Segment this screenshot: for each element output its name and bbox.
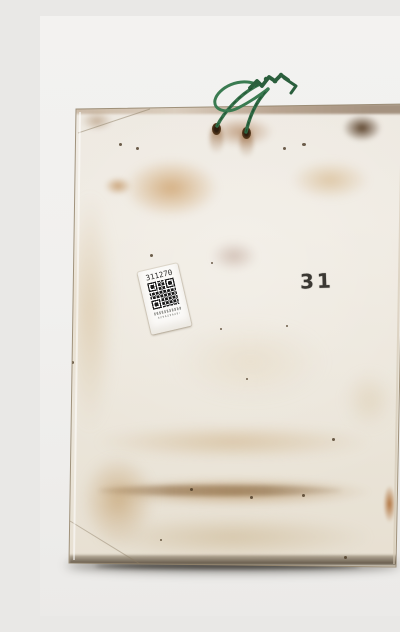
photo: 311270 xyxy=(40,16,400,616)
stain xyxy=(336,110,388,146)
qr-code-icon xyxy=(147,277,179,309)
stain xyxy=(98,485,342,496)
panel-number: 31 xyxy=(300,268,335,293)
stain xyxy=(158,314,343,409)
stain xyxy=(69,555,399,565)
wire-hole-right xyxy=(242,127,251,139)
stain xyxy=(203,236,265,276)
panel-back xyxy=(40,16,400,616)
stain xyxy=(382,482,397,526)
stain xyxy=(60,164,120,459)
wire-hole-left xyxy=(212,123,221,135)
stain xyxy=(278,154,382,206)
